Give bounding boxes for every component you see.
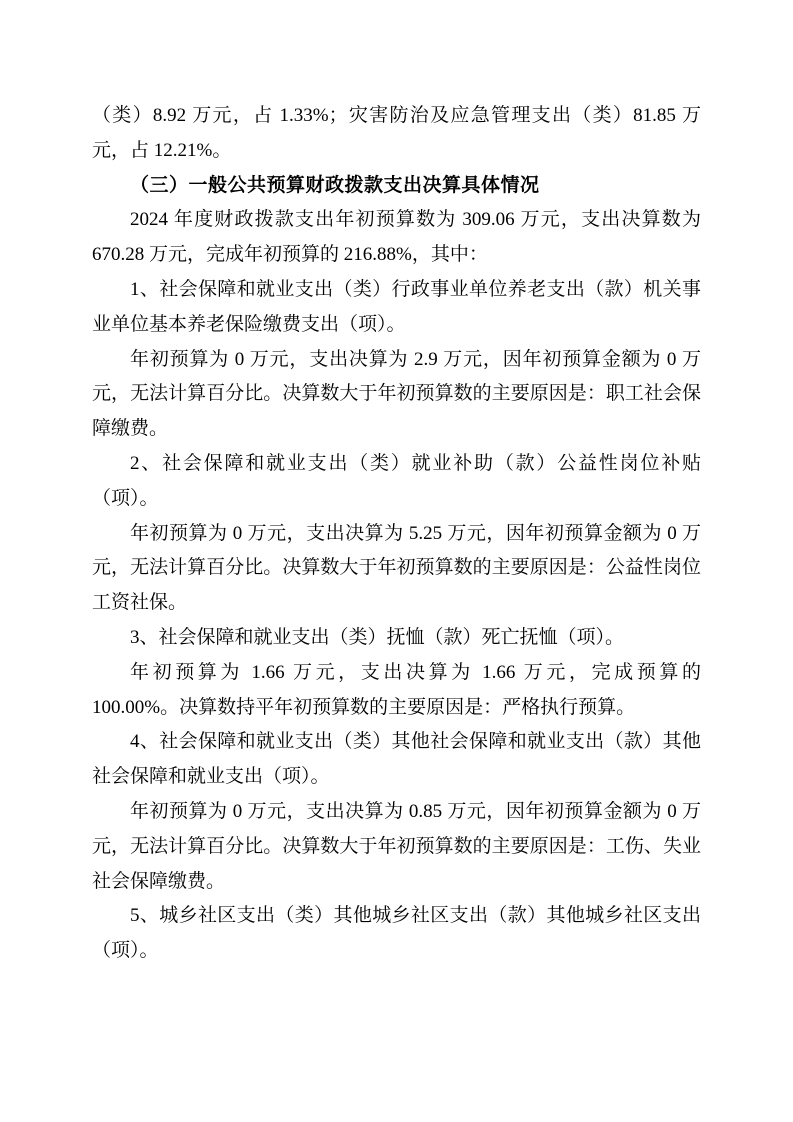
paragraph-overview: 2024 年度财政拨款支出年初预算数为 309.06 万元，支出决算数为 670… [92,203,701,273]
paragraph-item-1-detail: 年初预算为 0 万元，支出决算为 2.9 万元，因年初预算金额为 0 万元，无法… [92,343,701,447]
paragraph-item-5-title: 5、城乡社区支出（类）其他城乡社区支出（款）其他城乡社区支出（项）。 [92,899,701,969]
section-heading: （三）一般公共预算财政拨款支出决算具体情况 [92,169,701,204]
paragraph-item-4-detail: 年初预算为 0 万元，支出决算为 0.85 万元，因年初预算金额为 0 万元，无… [92,795,701,899]
paragraph-continuation: （类）8.92 万元，占 1.33%；灾害防治及应急管理支出（类）81.85 万… [92,99,701,169]
paragraph-item-2-detail: 年初预算为 0 万元，支出决算为 5.25 万元，因年初预算金额为 0 万元，无… [92,517,701,621]
paragraph-item-3-detail: 年初预算为 1.66 万元，支出决算为 1.66 万元，完成预算的 100.00… [92,656,701,726]
document-page: （类）8.92 万元，占 1.33%；灾害防治及应急管理支出（类）81.85 万… [0,0,793,1122]
paragraph-item-4-title: 4、社会保障和就业支出（类）其他社会保障和就业支出（款）其他社会保障和就业支出（… [92,725,701,795]
paragraph-item-2-title: 2、社会保障和就业支出（类）就业补助（款）公益性岗位补贴（项）。 [92,447,701,517]
paragraph-item-1-title: 1、社会保障和就业支出（类）行政事业单位养老支出（款）机关事业单位基本养老保险缴… [92,273,701,343]
paragraph-item-3-title: 3、社会保障和就业支出（类）抚恤（款）死亡抚恤（项）。 [92,621,701,656]
